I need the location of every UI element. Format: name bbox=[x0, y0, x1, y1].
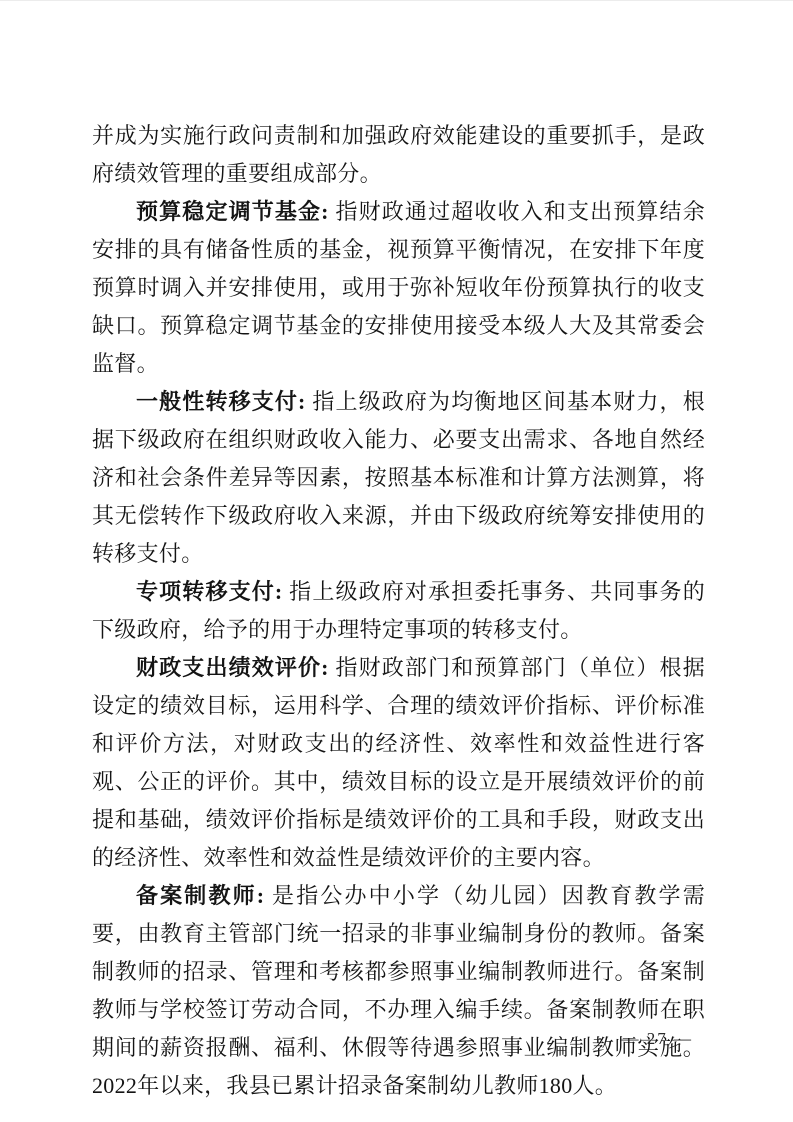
term-label: 财政支出绩效评价: bbox=[136, 655, 329, 680]
paragraph: 财政支出绩效评价: 指财政部门和预算部门（单位）根据设定的绩效目标，运用科学、合… bbox=[92, 649, 705, 877]
paragraph-text: 指财政部门和预算部门（单位）根据设定的绩效目标，运用科学、合理的绩效评价指标、评… bbox=[92, 655, 705, 870]
term-label: 预算稳定调节基金: bbox=[136, 199, 329, 224]
document-page: 并成为实施行政问责制和加强政府效能建设的重要抓手，是政府绩效管理的重要组成部分。… bbox=[0, 0, 793, 1122]
page-number: — 27 — bbox=[622, 1028, 694, 1050]
paragraph-text: 并成为实施行政问责制和加强政府效能建设的重要抓手，是政府绩效管理的重要组成部分。 bbox=[92, 123, 705, 186]
term-label: 备案制教师: bbox=[136, 883, 264, 908]
paragraph-text: 指财政通过超收收入和支出预算结余安排的具有储备性质的基金，视预算平衡情况，在安排… bbox=[92, 199, 705, 376]
paragraph-text: 是指公办中小学（幼儿园）因教育教学需要，由教育主管部门统一招录的非事业编制身份的… bbox=[92, 883, 705, 1098]
term-label: 专项转移支付: bbox=[136, 579, 283, 604]
paragraph: 备案制教师: 是指公办中小学（幼儿园）因教育教学需要，由教育主管部门统一招录的非… bbox=[92, 877, 705, 1105]
paragraph: 一般性转移支付: 指上级政府为均衡地区间基本财力，根据下级政府在组织财政收入能力… bbox=[92, 383, 705, 573]
document-body: 并成为实施行政问责制和加强政府效能建设的重要抓手，是政府绩效管理的重要组成部分。… bbox=[92, 117, 705, 1105]
paragraph-text: 指上级政府为均衡地区间基本财力，根据下级政府在组织财政收入能力、必要支出需求、各… bbox=[92, 389, 705, 566]
paragraph: 并成为实施行政问责制和加强政府效能建设的重要抓手，是政府绩效管理的重要组成部分。 bbox=[92, 117, 705, 193]
term-label: 一般性转移支付: bbox=[136, 389, 306, 414]
paragraph: 专项转移支付: 指上级政府对承担委托事务、共同事务的下级政府，给予的用于办理特定… bbox=[92, 573, 705, 649]
paragraph: 预算稳定调节基金: 指财政通过超收收入和支出预算结余安排的具有储备性质的基金，视… bbox=[92, 193, 705, 383]
